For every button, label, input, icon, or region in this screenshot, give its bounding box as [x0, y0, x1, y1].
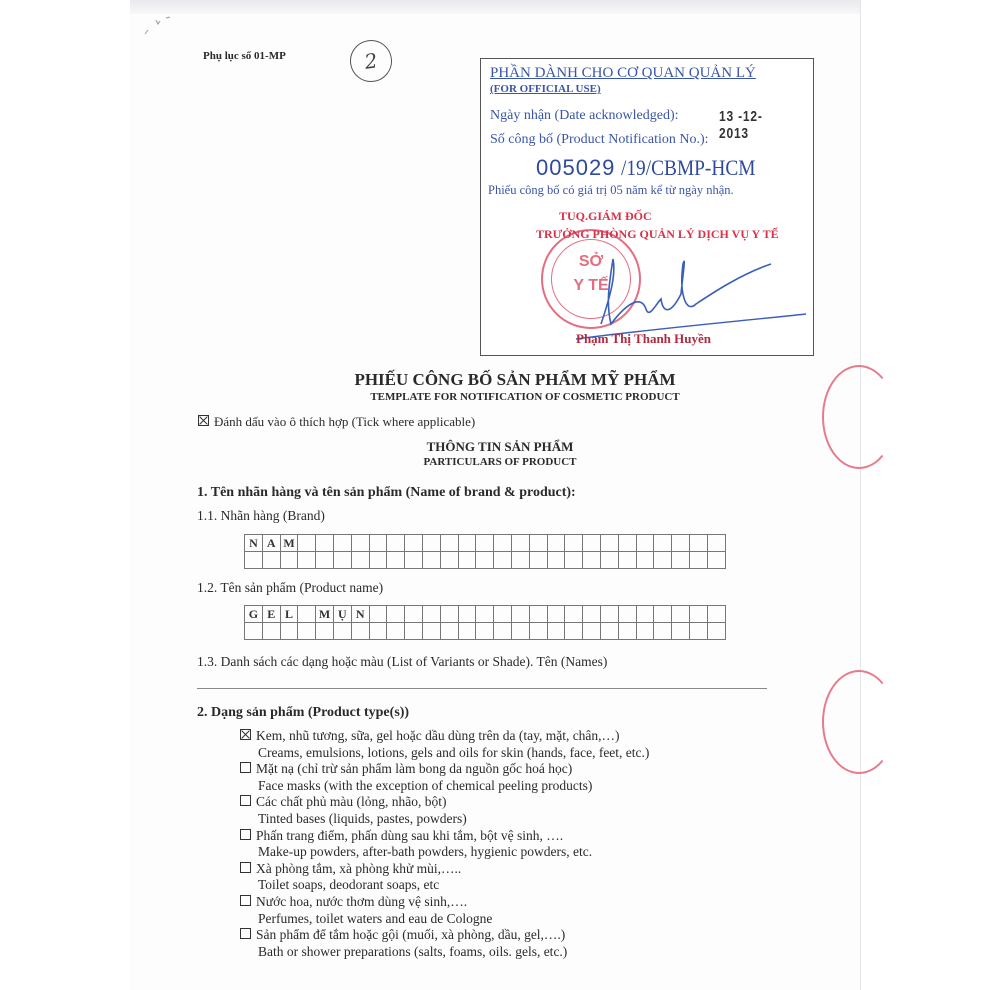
section-2-heading: 2. Dạng sản phẩm (Product type(s))	[197, 705, 409, 721]
brand-cell-empty[interactable]	[529, 552, 547, 569]
product-cell-empty[interactable]	[636, 623, 654, 640]
product-type-option[interactable]: Các chất phủ màu (lỏng, nhão, bột)Tinted…	[240, 794, 649, 827]
brand-cell-empty[interactable]	[440, 552, 458, 569]
brand-cell[interactable]	[405, 535, 423, 552]
product-cell-empty[interactable]	[654, 623, 672, 640]
form-title-en: TEMPLATE FOR NOTIFICATION OF COSMETIC PR…	[0, 391, 990, 403]
product-type-en-text: Tinted bases (liquids, pastes, powders)	[240, 811, 649, 828]
product-cell[interactable]: N	[351, 606, 369, 623]
brand-cell[interactable]	[369, 535, 387, 552]
product-cell[interactable]	[547, 606, 565, 623]
brand-cell[interactable]	[422, 535, 440, 552]
product-type-option[interactable]: Mặt nạ (chỉ trừ sản phẩm làm bong da ngu…	[240, 761, 649, 794]
product-cell-empty[interactable]	[387, 623, 405, 640]
pen-mark	[140, 12, 190, 42]
brand-cell[interactable]: N	[245, 535, 263, 552]
product-cell[interactable]	[476, 606, 494, 623]
brand-cell-empty[interactable]	[511, 552, 529, 569]
product-cell-empty[interactable]	[494, 623, 512, 640]
product-type-vi: Nước hoa, nước thơm dùng vệ sinh,….	[240, 894, 649, 911]
brand-cell[interactable]	[565, 535, 583, 552]
signer-name: Phạm Thị Thanh Huyền	[576, 331, 711, 347]
brand-label: 1.1. Nhãn hàng (Brand)	[197, 508, 325, 524]
brand-cell[interactable]: M	[280, 535, 298, 552]
product-cell[interactable]	[458, 606, 476, 623]
product-type-option[interactable]: Nước hoa, nước thơm dùng vệ sinh,….Perfu…	[240, 894, 649, 927]
checkbox-icon[interactable]	[240, 895, 251, 906]
brand-cell[interactable]	[636, 535, 654, 552]
brand-cell-empty[interactable]	[494, 552, 512, 569]
notification-suffix: /19/CBMP-HCM	[621, 155, 755, 181]
product-type-vi-text: Kem, nhũ tương, sữa, gel hoặc dầu dùng t…	[256, 728, 620, 743]
brand-cell-empty[interactable]	[636, 552, 654, 569]
checked-box-icon[interactable]	[240, 729, 251, 740]
brand-cell[interactable]	[458, 535, 476, 552]
brand-cell[interactable]	[529, 535, 547, 552]
product-type-vi-text: Phấn trang điểm, phấn dùng sau khi tắm, …	[256, 828, 563, 843]
product-type-en-text: Toilet soaps, deodorant soaps, etc	[240, 877, 649, 894]
product-cell-empty[interactable]	[458, 623, 476, 640]
brand-cell-empty[interactable]	[476, 552, 494, 569]
section-title-en: PARTICULARS OF PRODUCT	[0, 456, 990, 468]
brand-cell[interactable]	[511, 535, 529, 552]
product-cell-empty[interactable]	[565, 623, 583, 640]
brand-cell-empty[interactable]	[600, 552, 618, 569]
brand-cell-empty[interactable]	[547, 552, 565, 569]
brand-cell-empty[interactable]	[565, 552, 583, 569]
product-type-vi: Phấn trang điểm, phấn dùng sau khi tắm, …	[240, 828, 649, 845]
product-type-en-text: Make-up powders, after-bath powders, hyg…	[240, 844, 649, 861]
product-cell-empty[interactable]	[672, 623, 690, 640]
checkbox-icon[interactable]	[240, 829, 251, 840]
date-acknowledged-value: 13 -12- 2013	[719, 108, 794, 142]
brand-cell-empty[interactable]	[387, 552, 405, 569]
product-cell-empty[interactable]	[333, 623, 351, 640]
product-cell[interactable]	[689, 606, 707, 623]
section-1-heading: 1. Tên nhãn hàng và tên sản phẩm (Name o…	[197, 485, 576, 501]
product-type-vi: Xà phòng tắm, xà phòng khử mùi,…..	[240, 861, 649, 878]
tick-instruction: Đánh dấu vào ô thích hợp (Tick where app…	[198, 414, 475, 430]
tick-instruction-text: Đánh dấu vào ô thích hợp (Tick where app…	[214, 414, 475, 429]
variants-label: 1.3. Danh sách các dạng hoặc màu (List o…	[197, 654, 607, 670]
brand-cell-empty[interactable]	[458, 552, 476, 569]
product-cell[interactable]: E	[262, 606, 280, 623]
product-cell-empty[interactable]	[351, 623, 369, 640]
product-cell-empty[interactable]	[600, 623, 618, 640]
brand-cell[interactable]	[672, 535, 690, 552]
brand-cell[interactable]	[689, 535, 707, 552]
scan-edge	[130, 0, 860, 14]
brand-cell[interactable]	[440, 535, 458, 552]
product-cell-empty[interactable]	[298, 623, 316, 640]
product-type-en-text: Creams, emulsions, lotions, gels and oil…	[240, 745, 649, 762]
brand-cell[interactable]: A	[262, 535, 280, 552]
product-type-vi-text: Mặt nạ (chỉ trừ sản phẩm làm bong da ngu…	[256, 761, 572, 776]
product-cell-empty[interactable]	[547, 623, 565, 640]
product-cell[interactable]	[654, 606, 672, 623]
product-cell-empty[interactable]	[405, 623, 423, 640]
product-cell[interactable]	[422, 606, 440, 623]
product-cell[interactable]: Ụ	[333, 606, 351, 623]
product-cell-empty[interactable]	[689, 623, 707, 640]
brand-cell-empty[interactable]	[316, 552, 334, 569]
official-use-title: PHẦN DÀNH CHO CƠ QUAN QUẢN LÝ	[490, 65, 756, 82]
checkbox-icon[interactable]	[240, 762, 251, 773]
product-type-en-text: Bath or shower preparations (salts, foam…	[240, 944, 649, 961]
product-cell[interactable]	[707, 606, 725, 623]
brand-cell-empty[interactable]	[262, 552, 280, 569]
product-cell-empty[interactable]	[316, 623, 334, 640]
product-type-en-text: Perfumes, toilet waters and eau de Colog…	[240, 911, 649, 928]
brand-cell[interactable]	[600, 535, 618, 552]
product-cell[interactable]	[636, 606, 654, 623]
brand-cell[interactable]	[316, 535, 334, 552]
brand-cell-empty[interactable]	[672, 552, 690, 569]
brand-cell-empty[interactable]	[654, 552, 672, 569]
validity-note: Phiếu công bố có giá trị 05 năm kể từ ng…	[488, 183, 734, 198]
brand-cell[interactable]	[547, 535, 565, 552]
product-type-vi-text: Nước hoa, nước thơm dùng vệ sinh,….	[256, 894, 467, 909]
checkbox-icon[interactable]	[240, 862, 251, 873]
product-cell[interactable]	[672, 606, 690, 623]
annex-label: Phụ lục số 01-MP	[203, 50, 286, 62]
product-cell[interactable]	[565, 606, 583, 623]
product-type-vi: Các chất phủ màu (lỏng, nhão, bột)	[240, 794, 649, 811]
product-cell[interactable]: M	[316, 606, 334, 623]
product-cell-empty[interactable]	[529, 623, 547, 640]
brand-cell[interactable]	[494, 535, 512, 552]
brand-cell[interactable]	[707, 535, 725, 552]
product-name-label: 1.2. Tên sản phẩm (Product name)	[197, 580, 383, 596]
partial-stamp-bottom	[822, 670, 896, 774]
product-cell-empty[interactable]	[583, 623, 601, 640]
brand-cell-empty[interactable]	[689, 552, 707, 569]
product-cell-empty[interactable]	[476, 623, 494, 640]
product-cell[interactable]	[618, 606, 636, 623]
product-cell-empty[interactable]	[618, 623, 636, 640]
signature	[571, 234, 811, 344]
product-type-option[interactable]: Sản phẩm để tắm hoặc gội (muối, xà phòng…	[240, 927, 649, 960]
product-cell-empty[interactable]	[262, 623, 280, 640]
product-cell[interactable]	[511, 606, 529, 623]
product-cell[interactable]	[387, 606, 405, 623]
product-type-vi-text: Sản phẩm để tắm hoặc gội (muối, xà phòng…	[256, 927, 565, 942]
product-type-vi: Mặt nạ (chỉ trừ sản phẩm làm bong da ngu…	[240, 761, 649, 778]
product-cell[interactable]	[369, 606, 387, 623]
product-cell[interactable]	[600, 606, 618, 623]
brand-cell[interactable]	[654, 535, 672, 552]
notification-number: 005029	[536, 155, 615, 181]
product-cell-empty[interactable]	[511, 623, 529, 640]
product-cell[interactable]	[405, 606, 423, 623]
checkbox-icon[interactable]	[240, 795, 251, 806]
date-acknowledged-label: Ngày nhận (Date acknowledged):	[490, 108, 679, 124]
product-cell[interactable]	[583, 606, 601, 623]
brand-cell[interactable]	[476, 535, 494, 552]
product-cell[interactable]: L	[280, 606, 298, 623]
brand-cell[interactable]	[618, 535, 636, 552]
form-title-vi: PHIẾU CÔNG BỐ SẢN PHẨM MỸ PHẨM	[0, 370, 990, 390]
brand-cell[interactable]	[583, 535, 601, 552]
product-cell-empty[interactable]	[422, 623, 440, 640]
signer-title-1: TUQ.GIÁM ĐỐC	[559, 209, 652, 224]
brand-cell[interactable]	[298, 535, 316, 552]
product-cell[interactable]	[494, 606, 512, 623]
brand-cell-empty[interactable]	[707, 552, 725, 569]
product-type-vi: Kem, nhũ tương, sữa, gel hoặc dầu dùng t…	[240, 728, 649, 745]
brand-cell[interactable]	[333, 535, 351, 552]
product-cell[interactable]: G	[245, 606, 263, 623]
product-type-en-text: Face masks (with the exception of chemic…	[240, 778, 649, 795]
brand-grid[interactable]: NAM	[244, 534, 726, 569]
brand-cell-empty[interactable]	[280, 552, 298, 569]
product-type-vi-text: Các chất phủ màu (lỏng, nhão, bột)	[256, 794, 446, 809]
product-cell-empty[interactable]	[280, 623, 298, 640]
product-cell-empty[interactable]	[440, 623, 458, 640]
variants-input-line[interactable]	[197, 688, 767, 689]
brand-cell[interactable]	[351, 535, 369, 552]
brand-cell-empty[interactable]	[369, 552, 387, 569]
product-cell[interactable]	[529, 606, 547, 623]
notification-number-label: Số công bố (Product Notification No.):	[490, 132, 709, 148]
product-type-option[interactable]: Kem, nhũ tương, sữa, gel hoặc dầu dùng t…	[240, 728, 649, 761]
product-cell[interactable]	[440, 606, 458, 623]
product-cell-empty[interactable]	[369, 623, 387, 640]
official-use-box: PHẦN DÀNH CHO CƠ QUAN QUẢN LÝ (FOR OFFIC…	[480, 58, 814, 356]
product-type-vi-text: Xà phòng tắm, xà phòng khử mùi,…..	[256, 861, 461, 876]
brand-cell-empty[interactable]	[422, 552, 440, 569]
brand-cell-empty[interactable]	[245, 552, 263, 569]
checked-box-icon	[198, 415, 209, 426]
brand-cell-empty[interactable]	[333, 552, 351, 569]
product-type-vi: Sản phẩm để tắm hoặc gội (muối, xà phòng…	[240, 927, 649, 944]
product-type-option[interactable]: Phấn trang điểm, phấn dùng sau khi tắm, …	[240, 828, 649, 861]
brand-cell-empty[interactable]	[618, 552, 636, 569]
product-name-grid[interactable]: GELMỤN	[244, 605, 726, 640]
brand-cell-empty[interactable]	[405, 552, 423, 569]
official-use-subtitle: (FOR OFFICIAL USE)	[490, 83, 601, 95]
product-cell-empty[interactable]	[707, 623, 725, 640]
checkbox-icon[interactable]	[240, 928, 251, 939]
product-type-option[interactable]: Xà phòng tắm, xà phòng khử mùi,…..Toilet…	[240, 861, 649, 894]
section-title-vi: THÔNG TIN SẢN PHẨM	[0, 439, 990, 455]
product-cell[interactable]	[298, 606, 316, 623]
brand-cell-empty[interactable]	[583, 552, 601, 569]
product-type-list: Kem, nhũ tương, sữa, gel hoặc dầu dùng t…	[240, 728, 649, 960]
brand-cell-empty[interactable]	[351, 552, 369, 569]
product-cell-empty[interactable]	[245, 623, 263, 640]
brand-cell[interactable]	[387, 535, 405, 552]
brand-cell-empty[interactable]	[298, 552, 316, 569]
